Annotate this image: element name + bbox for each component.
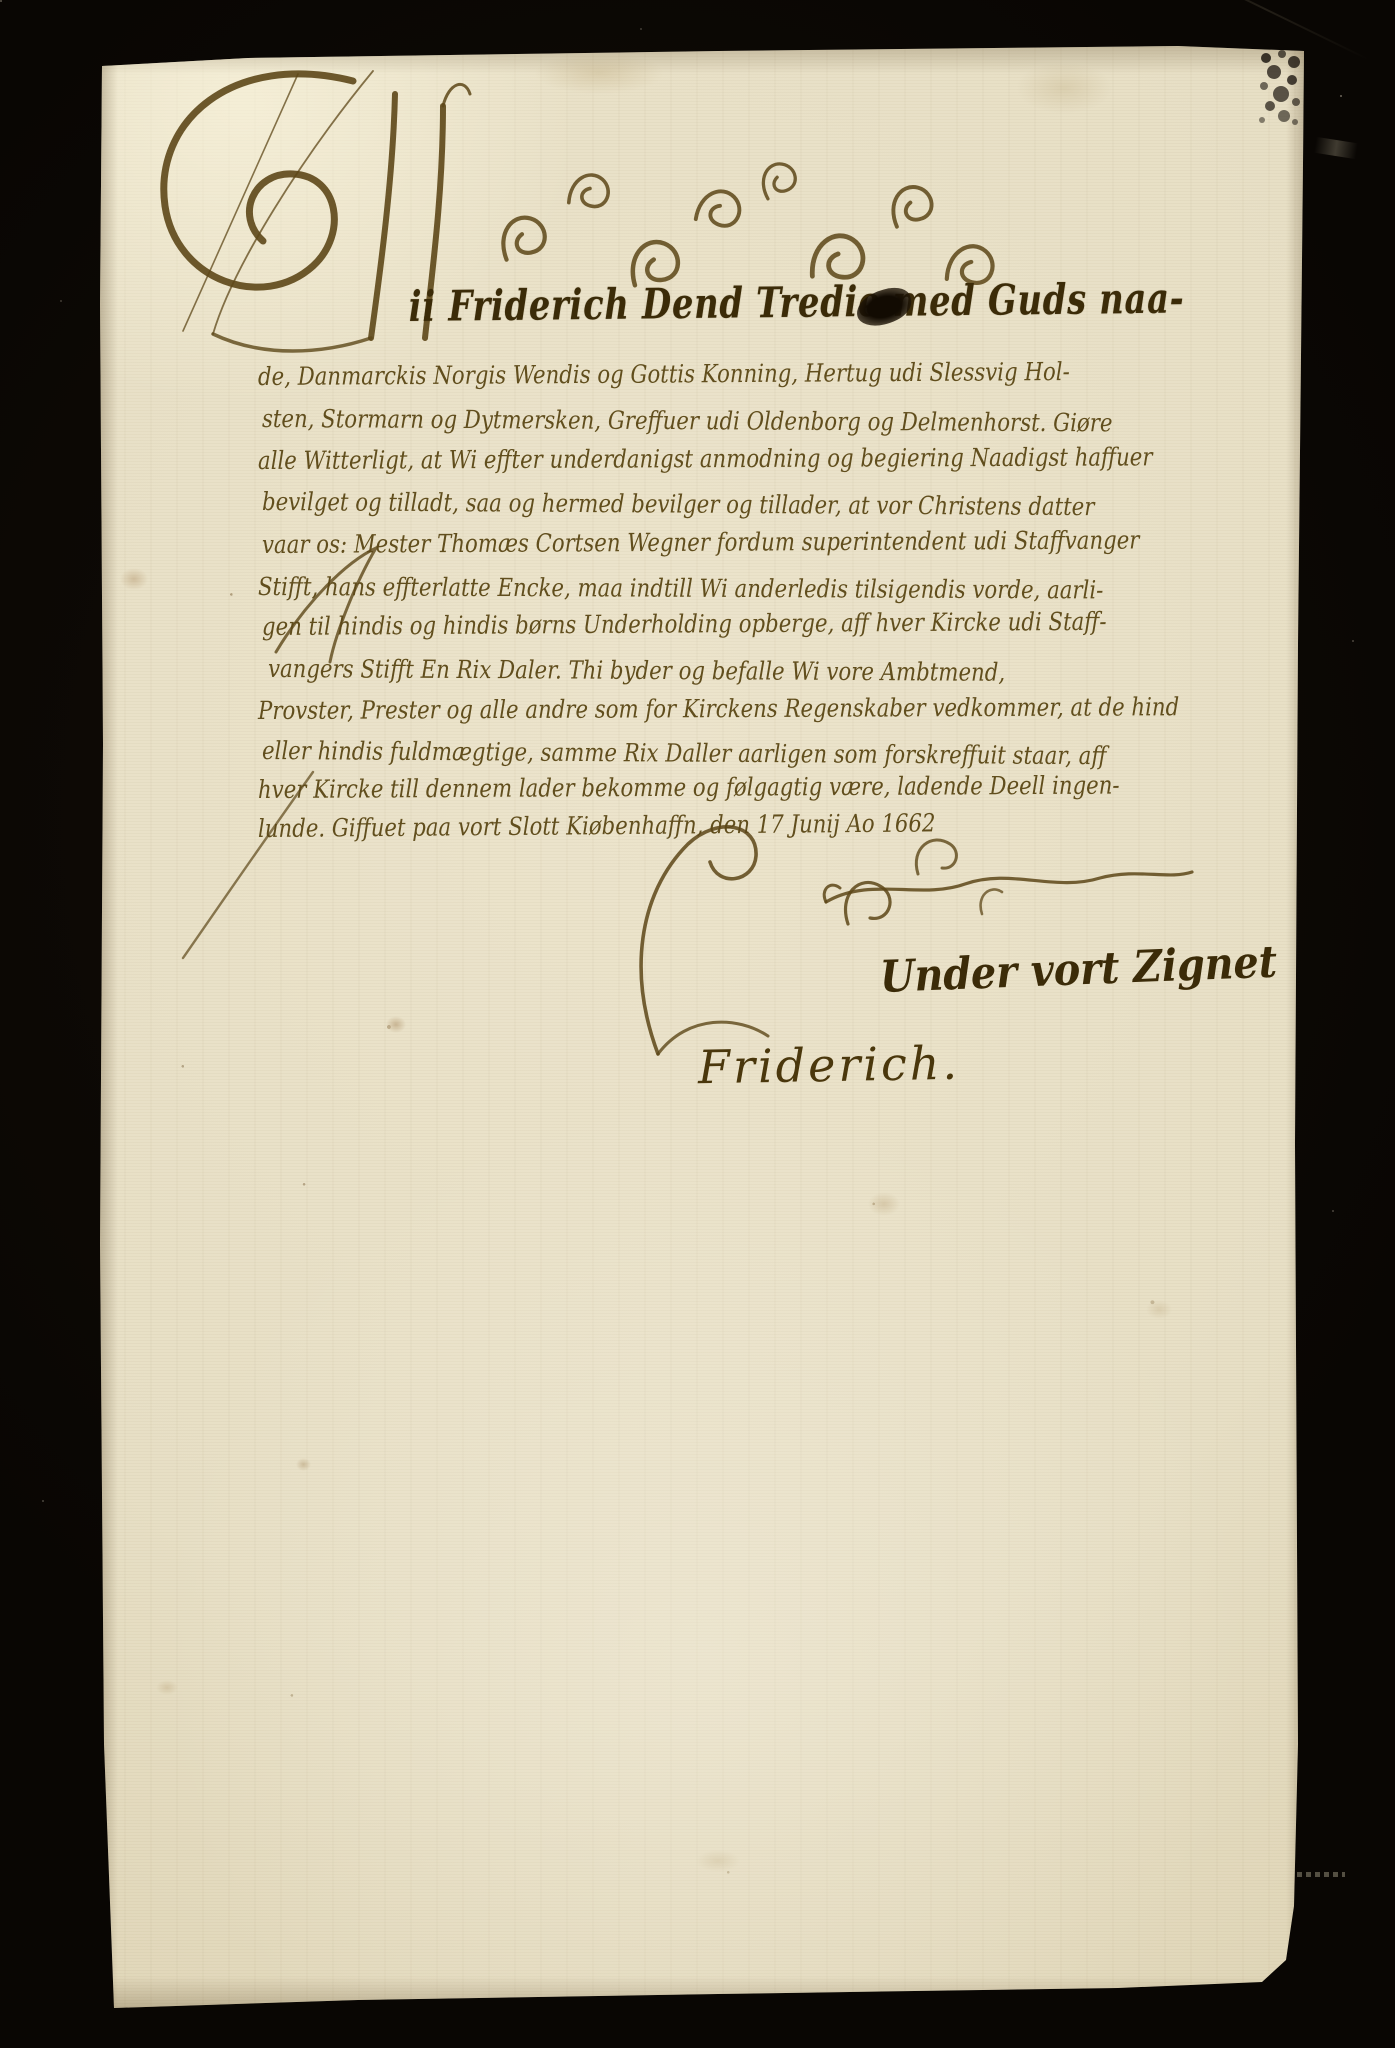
royal-signature: Friderich. [698,1036,961,1095]
body-line: hver Kircke till dennem lader bekomme og… [258,771,1120,804]
backdrop-scratch [1314,137,1358,159]
stain [120,568,148,590]
stain [156,1680,178,1695]
margin-swash [266,542,386,672]
photo-backdrop: Wii Friderich Dend Tredie med Guds naa- … [0,0,1395,2048]
heading-text: ii Friderich Dend Tredie med Guds naa- [409,274,1185,331]
margin-swash [153,762,333,972]
stain [534,52,664,94]
stain [1016,62,1112,114]
body-line: vaar os: Mester Thomæs Cortsen Wegner fo… [262,525,1140,559]
body-line: gen til hindis og hindis børns Underhold… [262,607,1107,641]
corner-mold-stain [1248,46,1314,132]
body-line: eller hindis fuldmægtige, samme Rix Dall… [262,736,1107,770]
body-line: bevilget og tilladt, saa og hermed bevil… [262,487,1095,521]
heading-royal-title: Wii Friderich Dend Tredie med Guds naa- [408,274,1185,331]
manuscript-page: Wii Friderich Dend Tredie med Guds naa- … [98,44,1310,2010]
backdrop-scratch [1297,1872,1345,1877]
body-line: de, Danmarckis Norgis Wendis og Gottis K… [258,357,1070,391]
body-line: sten, Stormarn og Dytmersken, Greffuer u… [262,404,1113,437]
body-line: Provster, Prester og alle andre som for … [258,692,1179,725]
stain [1146,1300,1172,1319]
stain [296,1458,311,1471]
signature-flourish [598,804,1028,1074]
body-line: alle Witterligt, at Wi effter underdanig… [258,442,1153,475]
stain [386,1016,406,1033]
backdrop-dust [0,0,2,2]
stain [696,1850,740,1872]
stain [868,1192,900,1216]
